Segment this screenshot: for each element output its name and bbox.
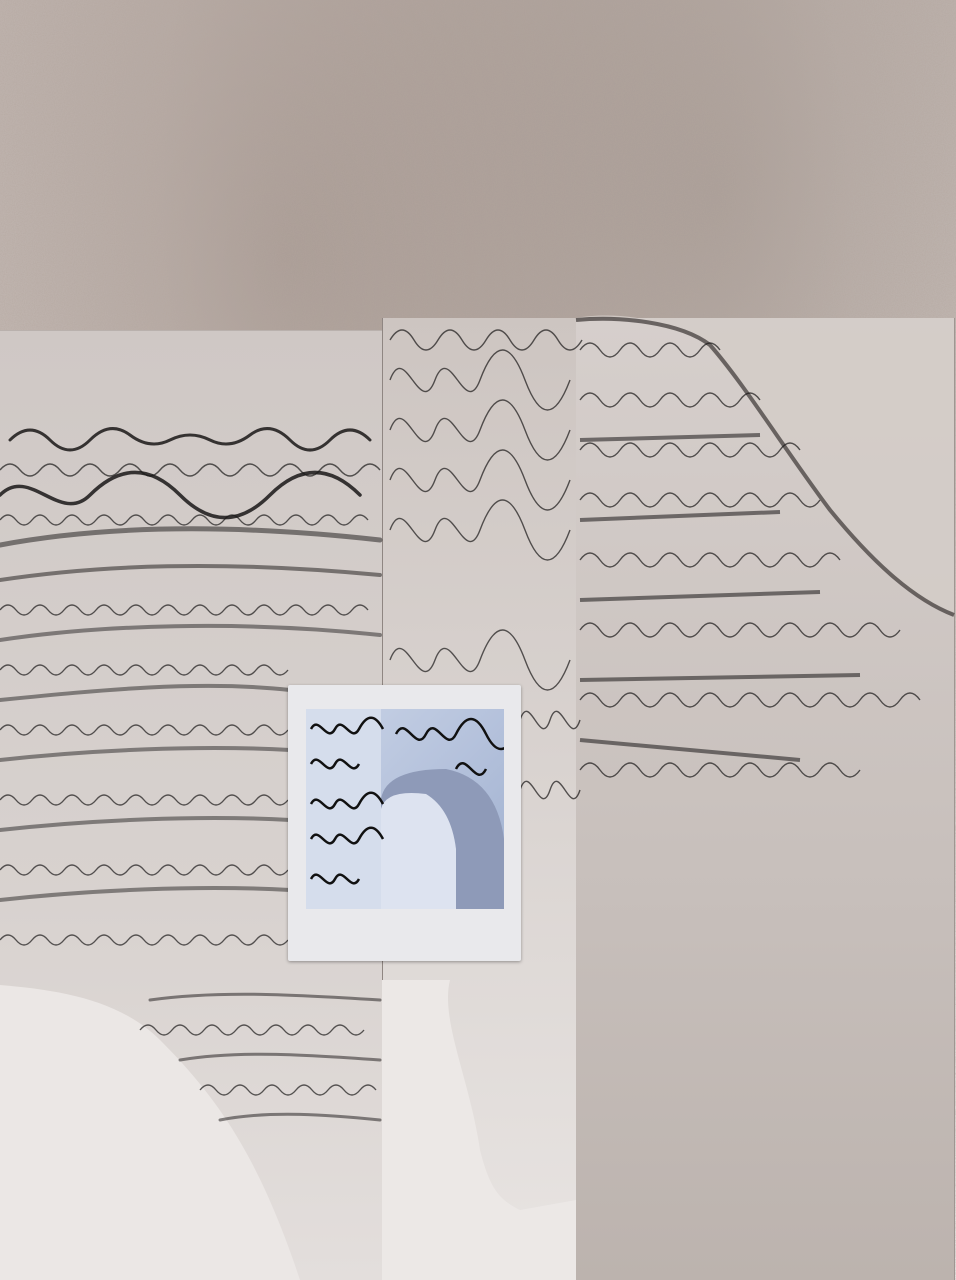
artwork-canvas xyxy=(0,0,956,1280)
asemic-ink-scribbles xyxy=(0,0,956,1280)
photo-image xyxy=(306,709,504,909)
instant-photo xyxy=(288,685,521,961)
